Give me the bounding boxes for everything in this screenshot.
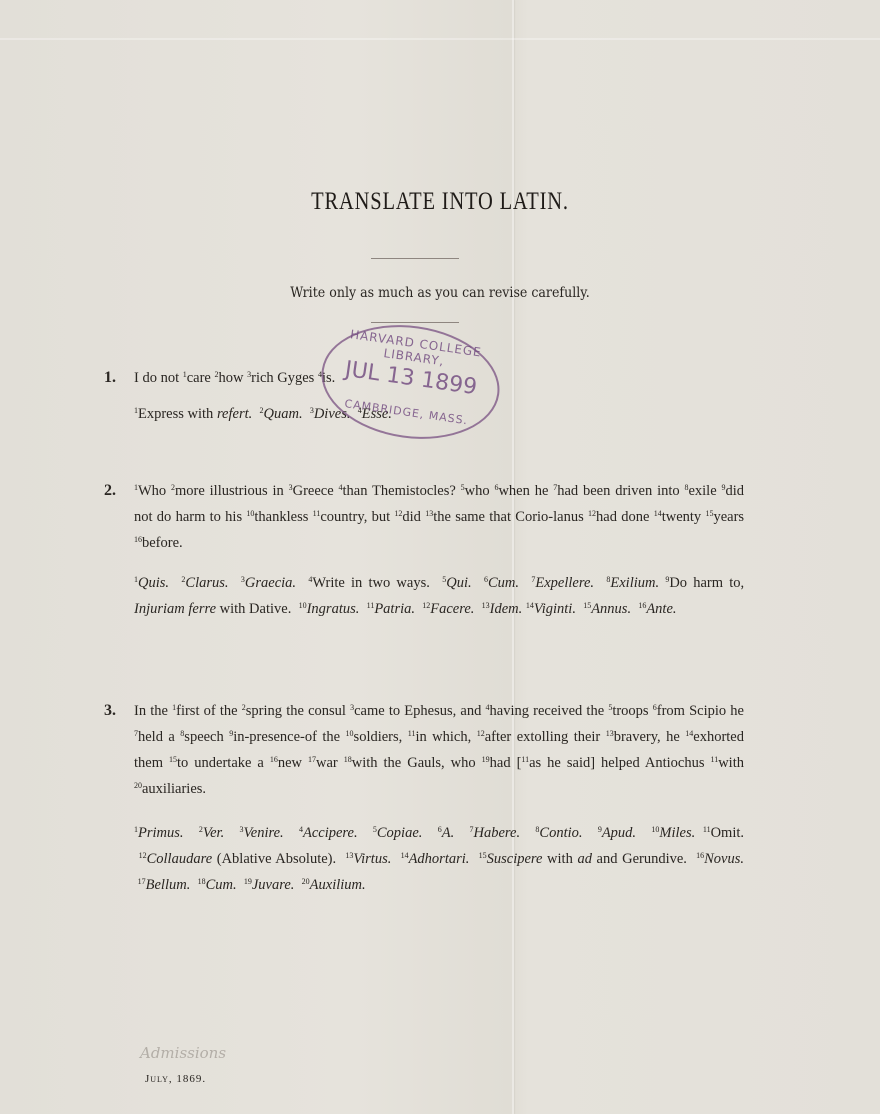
instruction-text: Write only as much as you can revise car…: [44, 285, 836, 301]
divider-rule: [371, 322, 459, 323]
paper-fold-vertical: [512, 0, 514, 1114]
question-number: 2.: [104, 478, 116, 504]
question-text: In the 1first of the 2spring the consul …: [134, 698, 744, 802]
question-text: 1Who 2more illustrious in 3Greece 4than …: [134, 478, 744, 556]
page-title: TRANSLATE INTO LATIN.: [79, 188, 801, 216]
exam-page: TRANSLATE INTO LATIN. Write only as much…: [0, 0, 880, 1114]
library-stamp: HARVARD COLLEGE LIBRARY, JUL 13 1899 CAM…: [314, 314, 507, 450]
divider-rule: [371, 258, 459, 259]
pencil-annotation: Admissions: [140, 1044, 226, 1062]
footer-date: July, 1869.: [145, 1073, 206, 1085]
question-3-hints: 1Primus. 2Ver. 3Venire. 4Accipere. 5Copi…: [134, 820, 744, 898]
question-number: 1.: [104, 365, 116, 391]
question-2: 2. 1Who 2more illustrious in 3Greece 4th…: [104, 478, 744, 556]
question-2-hints: 1Quis. 2Clarus. 3Graecia. 4Write in two …: [134, 570, 744, 622]
question-number: 3.: [104, 698, 116, 724]
paper-fold-horizontal: [0, 38, 880, 40]
question-3: 3. In the 1first of the 2spring the cons…: [104, 698, 744, 802]
